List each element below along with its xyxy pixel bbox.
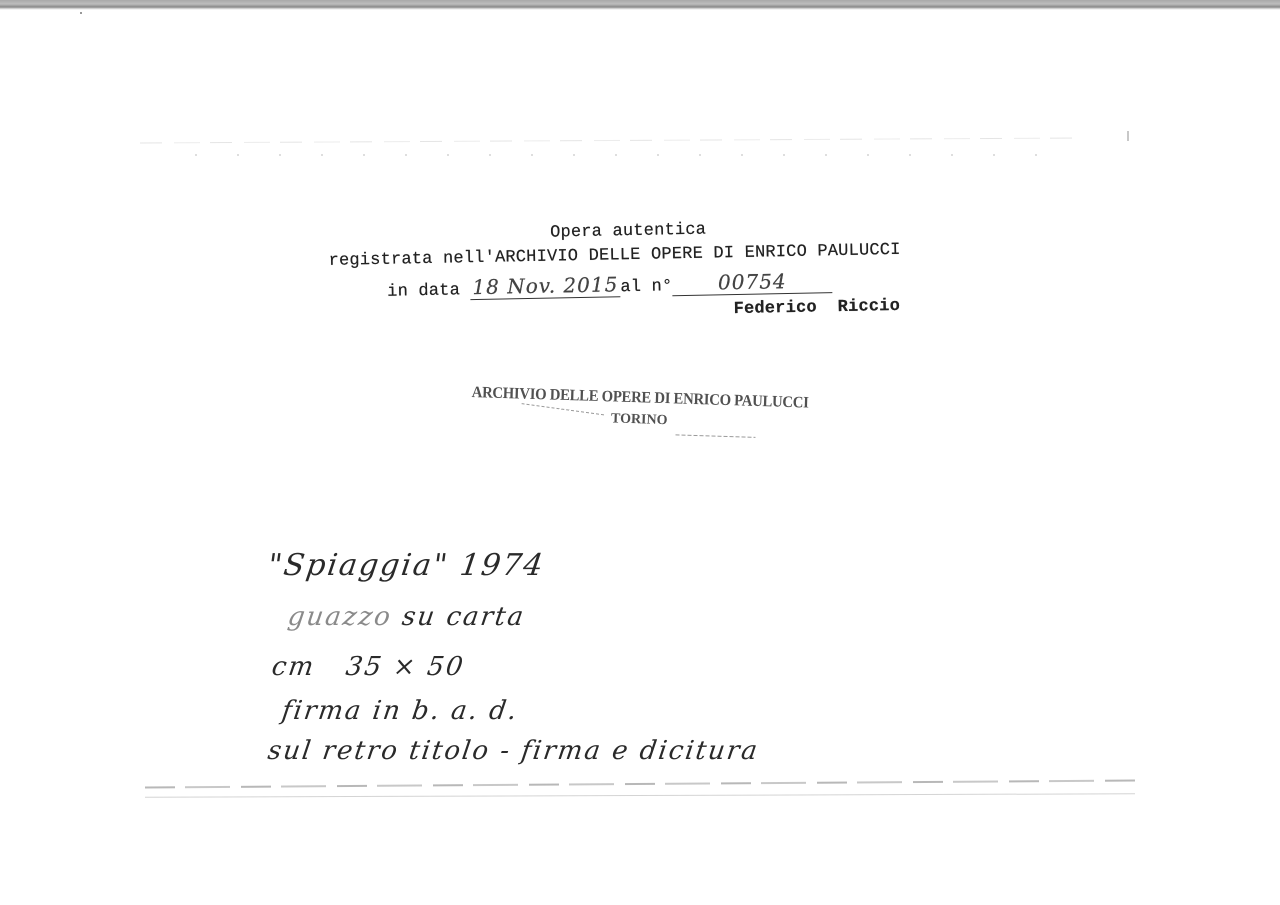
- signature-position: firma in b. a. d.: [280, 696, 520, 726]
- registration-number-handwritten: 00754: [672, 268, 832, 296]
- typed-certificate-text: Opera autentica registrata nell'ARCHIVIO…: [320, 216, 960, 228]
- top-perforation-dots: [195, 154, 1075, 156]
- edge-mark: [1127, 131, 1129, 141]
- reverse-inscription: sul retro titolo - firma e dicitura: [266, 736, 761, 766]
- registration-date-number-line: in data 18 Nov. 2015al n°00754: [387, 268, 833, 302]
- stamp-rule-right: [675, 434, 755, 438]
- artwork-dimensions: cm 35 × 50: [270, 652, 467, 682]
- medium-word: guazzo: [286, 602, 394, 632]
- stamp-archive-name: ARCHIVIO DELLE OPERE DI ENRICO PAULUCCI: [471, 384, 808, 413]
- archive-stamp: ARCHIVIO DELLE OPERE DI ENRICO PAULUCCI …: [471, 384, 838, 413]
- bottom-perforation: [145, 780, 1135, 789]
- bottom-fold-line: [145, 793, 1135, 797]
- scan-speck: [80, 12, 82, 14]
- artwork-title-year: "Spiaggia" 1974: [266, 548, 548, 583]
- stamp-city: TORINO: [611, 411, 668, 429]
- date-prefix: in data: [387, 281, 471, 302]
- artwork-medium: guazzo su carta: [286, 602, 527, 632]
- number-prefix: al n°: [620, 277, 672, 297]
- top-fold-line: [140, 138, 1080, 144]
- support-word: su carta: [390, 602, 527, 632]
- scanner-top-edge: [0, 0, 1280, 10]
- signatory-name: Federico Riccio: [733, 297, 900, 319]
- authentic-work-label: Opera autentica: [550, 221, 706, 243]
- archive-registration-line: registrata nell'ARCHIVIO DELLE OPERE DI …: [328, 241, 900, 271]
- registration-date-handwritten: 18 Nov. 2015: [470, 272, 620, 300]
